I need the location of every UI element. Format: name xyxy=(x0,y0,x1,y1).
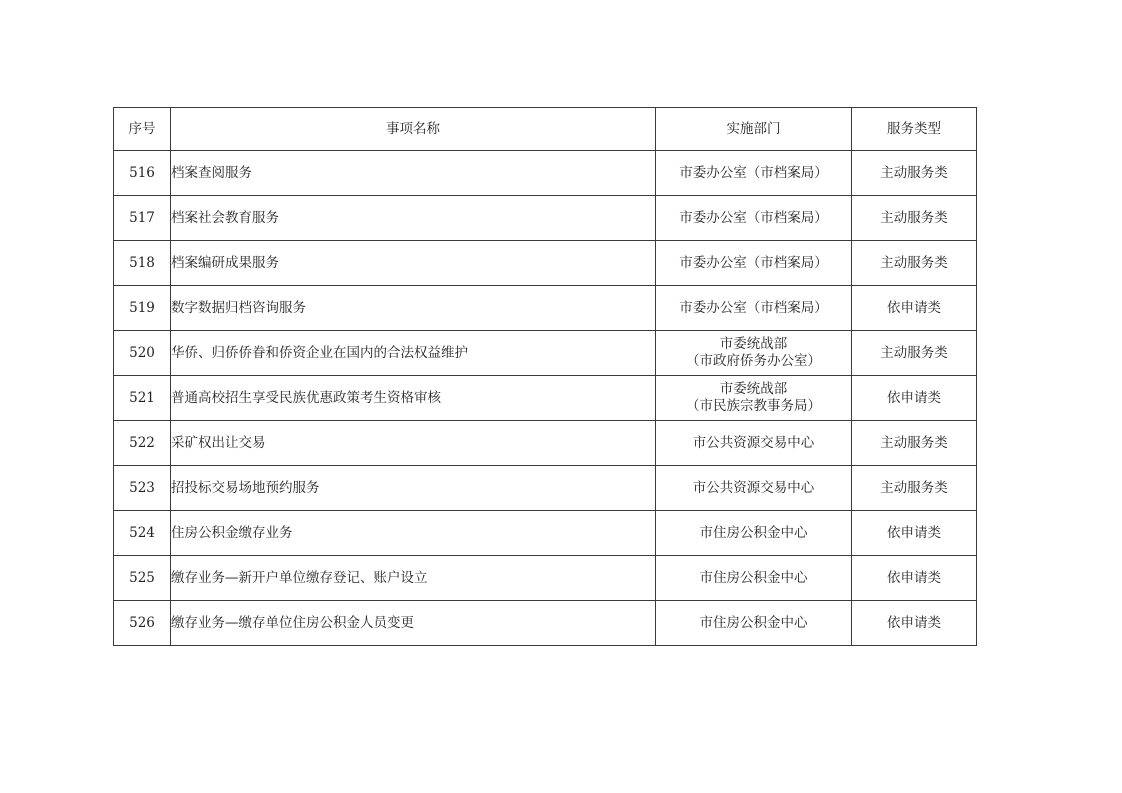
cell-department: 市委统战部（市民族宗教事务局） xyxy=(656,376,852,421)
cell-service-type: 主动服务类 xyxy=(852,466,977,511)
header-service-type: 服务类型 xyxy=(852,108,977,151)
cell-serial-number: 519 xyxy=(114,286,171,331)
cell-department: 市委统战部（市政府侨务办公室） xyxy=(656,331,852,376)
cell-department: 市住房公积金中心 xyxy=(656,511,852,556)
cell-serial-number: 521 xyxy=(114,376,171,421)
cell-item-name: 档案社会教育服务 xyxy=(171,196,656,241)
cell-service-type: 主动服务类 xyxy=(852,421,977,466)
cell-department: 市公共资源交易中心 xyxy=(656,466,852,511)
service-items-table: 序号 事项名称 实施部门 服务类型 516 档案查阅服务 市委办公室（市档案局）… xyxy=(113,107,977,646)
department-subline: （市政府侨务办公室） xyxy=(656,353,851,370)
department-line: 市住房公积金中心 xyxy=(656,570,851,587)
department-line: 市委办公室（市档案局） xyxy=(656,210,851,227)
department-line: 市公共资源交易中心 xyxy=(656,435,851,452)
cell-item-name: 招投标交易场地预约服务 xyxy=(171,466,656,511)
cell-service-type: 依申请类 xyxy=(852,556,977,601)
department-line: 市委统战部 xyxy=(656,336,851,353)
cell-service-type: 依申请类 xyxy=(852,601,977,646)
cell-item-name: 采矿权出让交易 xyxy=(171,421,656,466)
cell-serial-number: 523 xyxy=(114,466,171,511)
cell-service-type: 主动服务类 xyxy=(852,151,977,196)
header-item-name: 事项名称 xyxy=(171,108,656,151)
cell-serial-number: 522 xyxy=(114,421,171,466)
table-row: 521 普通高校招生享受民族优惠政策考生资格审核 市委统战部（市民族宗教事务局）… xyxy=(114,376,977,421)
table-row: 518 档案编研成果服务 市委办公室（市档案局） 主动服务类 xyxy=(114,241,977,286)
cell-item-name: 普通高校招生享受民族优惠政策考生资格审核 xyxy=(171,376,656,421)
cell-serial-number: 517 xyxy=(114,196,171,241)
department-line: 市委办公室（市档案局） xyxy=(656,165,851,182)
cell-item-name: 华侨、归侨侨眷和侨资企业在国内的合法权益维护 xyxy=(171,331,656,376)
cell-serial-number: 526 xyxy=(114,601,171,646)
table-row: 516 档案查阅服务 市委办公室（市档案局） 主动服务类 xyxy=(114,151,977,196)
cell-serial-number: 516 xyxy=(114,151,171,196)
cell-department: 市委办公室（市档案局） xyxy=(656,196,852,241)
table-row: 519 数字数据归档咨询服务 市委办公室（市档案局） 依申请类 xyxy=(114,286,977,331)
department-line: 市住房公积金中心 xyxy=(656,615,851,632)
cell-serial-number: 520 xyxy=(114,331,171,376)
cell-service-type: 主动服务类 xyxy=(852,196,977,241)
cell-service-type: 依申请类 xyxy=(852,376,977,421)
cell-department: 市委办公室（市档案局） xyxy=(656,151,852,196)
cell-service-type: 主动服务类 xyxy=(852,241,977,286)
table-row: 526 缴存业务—缴存单位住房公积金人员变更 市住房公积金中心 依申请类 xyxy=(114,601,977,646)
cell-item-name: 缴存业务—新开户单位缴存登记、账户设立 xyxy=(171,556,656,601)
header-department: 实施部门 xyxy=(656,108,852,151)
cell-service-type: 依申请类 xyxy=(852,511,977,556)
cell-item-name: 档案查阅服务 xyxy=(171,151,656,196)
cell-serial-number: 518 xyxy=(114,241,171,286)
cell-item-name: 数字数据归档咨询服务 xyxy=(171,286,656,331)
cell-item-name: 缴存业务—缴存单位住房公积金人员变更 xyxy=(171,601,656,646)
cell-department: 市住房公积金中心 xyxy=(656,556,852,601)
table-header-row: 序号 事项名称 实施部门 服务类型 xyxy=(114,108,977,151)
table-row: 523 招投标交易场地预约服务 市公共资源交易中心 主动服务类 xyxy=(114,466,977,511)
cell-service-type: 依申请类 xyxy=(852,286,977,331)
table-row: 520 华侨、归侨侨眷和侨资企业在国内的合法权益维护 市委统战部（市政府侨务办公… xyxy=(114,331,977,376)
department-subline: （市民族宗教事务局） xyxy=(656,398,851,415)
department-line: 市委统战部 xyxy=(656,381,851,398)
cell-item-name: 档案编研成果服务 xyxy=(171,241,656,286)
cell-serial-number: 525 xyxy=(114,556,171,601)
department-line: 市委办公室（市档案局） xyxy=(656,300,851,317)
cell-department: 市委办公室（市档案局） xyxy=(656,286,852,331)
department-line: 市公共资源交易中心 xyxy=(656,480,851,497)
document-page: 序号 事项名称 实施部门 服务类型 516 档案查阅服务 市委办公室（市档案局）… xyxy=(0,0,1122,793)
table-row: 524 住房公积金缴存业务 市住房公积金中心 依申请类 xyxy=(114,511,977,556)
header-serial-number: 序号 xyxy=(114,108,171,151)
table-row: 522 采矿权出让交易 市公共资源交易中心 主动服务类 xyxy=(114,421,977,466)
department-line: 市住房公积金中心 xyxy=(656,525,851,542)
cell-service-type: 主动服务类 xyxy=(852,331,977,376)
table-row: 517 档案社会教育服务 市委办公室（市档案局） 主动服务类 xyxy=(114,196,977,241)
cell-item-name: 住房公积金缴存业务 xyxy=(171,511,656,556)
cell-serial-number: 524 xyxy=(114,511,171,556)
cell-department: 市住房公积金中心 xyxy=(656,601,852,646)
table-row: 525 缴存业务—新开户单位缴存登记、账户设立 市住房公积金中心 依申请类 xyxy=(114,556,977,601)
department-line: 市委办公室（市档案局） xyxy=(656,255,851,272)
cell-department: 市委办公室（市档案局） xyxy=(656,241,852,286)
cell-department: 市公共资源交易中心 xyxy=(656,421,852,466)
